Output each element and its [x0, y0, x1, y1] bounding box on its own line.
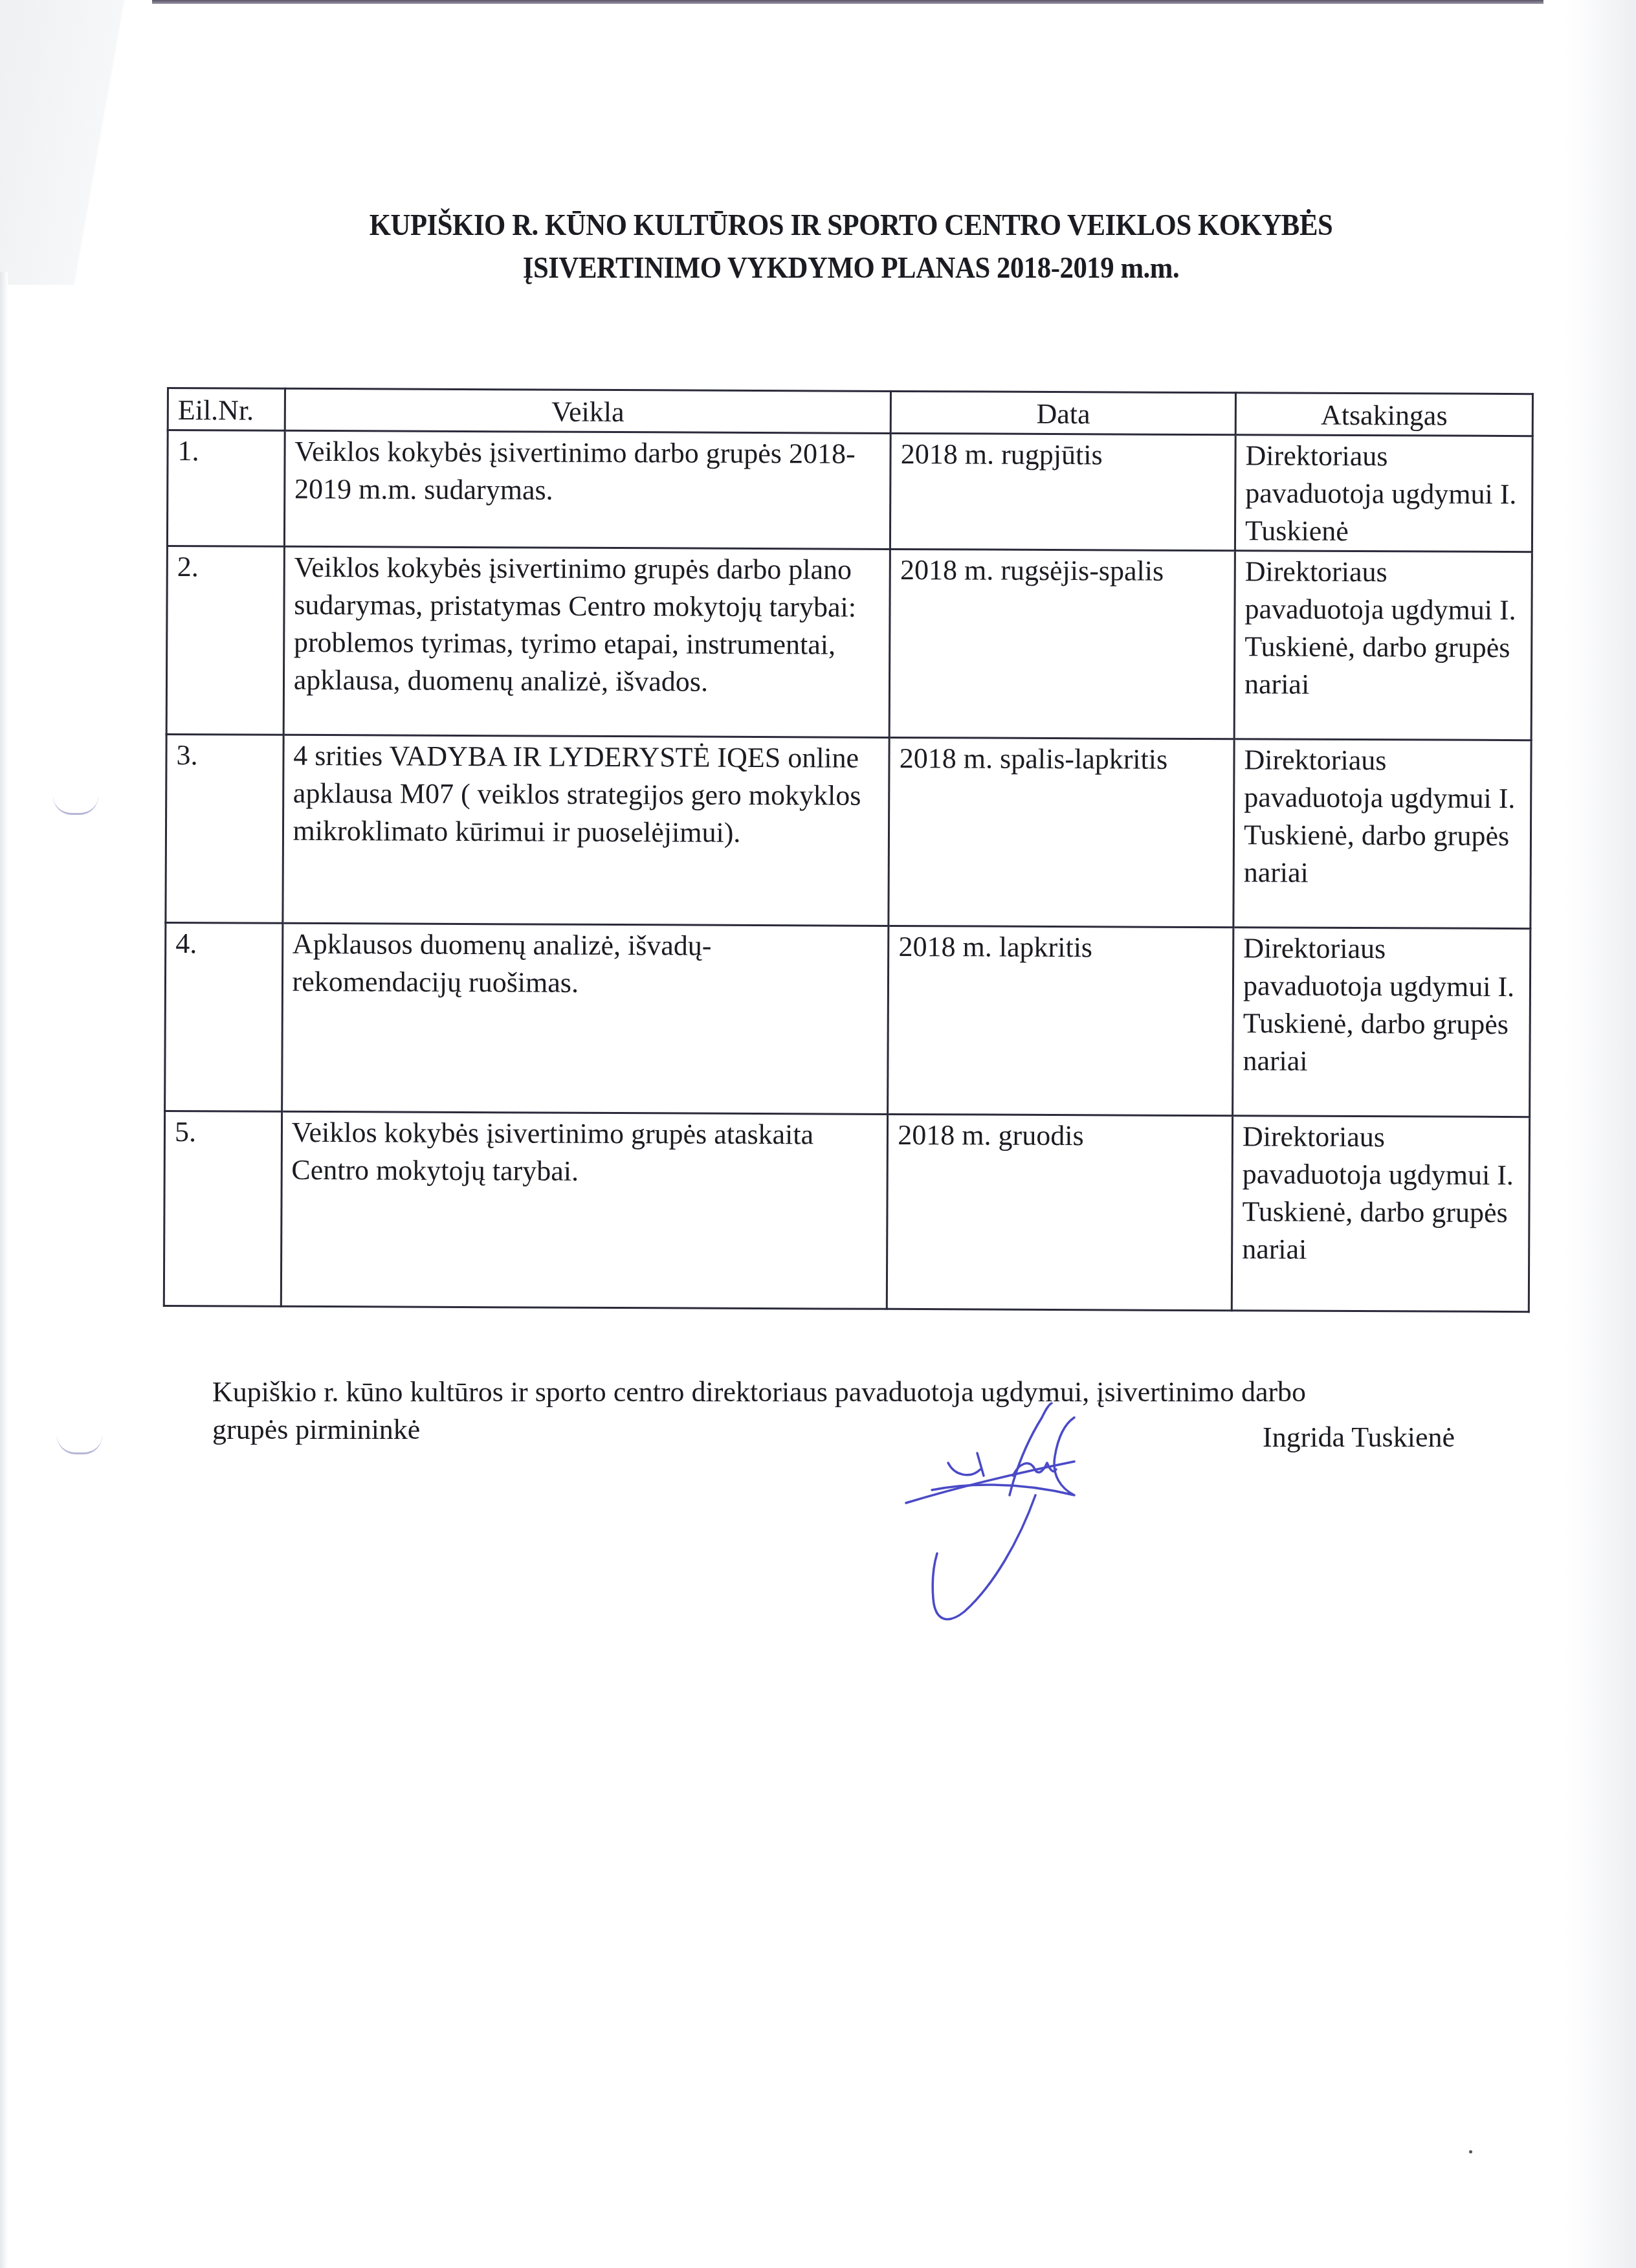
signer-role: grupės pirmininkė — [212, 1411, 420, 1449]
signature-block: Kupiškio r. kūno kultūros ir sporto cent… — [212, 1373, 1481, 1449]
table-row: 4. Apklausos duomenų analizė, išvadų-rek… — [165, 922, 1531, 1117]
title-line-1: KUPIŠKIO R. KŪNO KULTŪROS IR SPORTO CENT… — [271, 204, 1432, 247]
cell-atsakingas: Direktoriaus pavaduotoja ugdymui I. Tusk… — [1233, 739, 1531, 929]
header-veikla: Veikla — [285, 388, 891, 433]
cell-nr: 2. — [166, 546, 284, 735]
scan-right-shadow — [1565, 0, 1636, 2268]
cell-data: 2018 m. lapkritis — [888, 926, 1233, 1115]
header-nr: Eil.Nr. — [168, 388, 285, 431]
handwritten-signature-icon — [887, 1398, 1158, 1644]
scan-left-shadow — [0, 272, 8, 2268]
cell-nr: 5. — [164, 1111, 282, 1306]
table-row: 3. 4 srities VADYBA IR LYDERYSTĖ IQES on… — [166, 735, 1531, 929]
cell-data: 2018 m. rugpjūtis — [890, 433, 1235, 550]
cell-nr: 3. — [166, 735, 283, 924]
cell-veikla: Veiklos kokybės įsivertinimo grupės atas… — [281, 1111, 888, 1309]
cell-veikla: Veiklos kokybės įsivertinimo darbo grupė… — [284, 430, 890, 549]
cell-nr: 1. — [167, 430, 284, 547]
table-row: 1. Veiklos kokybės įsivertinimo darbo gr… — [167, 430, 1532, 552]
punch-hole-mark — [57, 1436, 102, 1454]
scan-speck — [1469, 2150, 1472, 2153]
cell-veikla: Apklausos duomenų analizė, išvadų-rekome… — [282, 923, 889, 1114]
plan-table: Eil.Nr. Veikla Data Atsakingas 1. Veiklo… — [163, 387, 1534, 1313]
cell-veikla: Veiklos kokybės įsivertinimo grupės darb… — [283, 546, 890, 737]
punch-hole-mark — [53, 796, 98, 815]
table-row: 5. Veiklos kokybės įsivertinimo grupės a… — [164, 1111, 1529, 1311]
signer-name: Ingrida Tuskienė — [1263, 1419, 1455, 1456]
cell-nr: 4. — [165, 922, 283, 1111]
scan-folded-corner — [0, 0, 155, 285]
signer-position: Kupiškio r. kūno kultūros ir sporto cent… — [212, 1373, 1481, 1411]
header-atsakingas: Atsakingas — [1235, 393, 1532, 436]
scan-top-edge — [152, 0, 1543, 4]
cell-data: 2018 m. gruodis — [887, 1114, 1233, 1310]
cell-atsakingas: Direktoriaus pavaduotoja ugdymui I. Tusk… — [1233, 928, 1531, 1117]
cell-atsakingas: Direktoriaus pavaduotoja ugdymui I. Tusk… — [1235, 435, 1532, 552]
page-title: KUPIŠKIO R. KŪNO KULTŪROS IR SPORTO CENT… — [271, 204, 1432, 289]
title-line-2: ĮSIVERTINIMO VYKDYMO PLANAS 2018-2019 m.… — [271, 247, 1432, 289]
cell-veikla: 4 srities VADYBA IR LYDERYSTĖ IQES onlin… — [283, 735, 890, 926]
table-row: 2. Veiklos kokybės įsivertinimo grupės d… — [166, 546, 1532, 740]
cell-data: 2018 m. spalis-lapkritis — [889, 737, 1234, 927]
header-data: Data — [891, 391, 1236, 434]
cell-atsakingas: Direktoriaus pavaduotoja ugdymui I. Tusk… — [1234, 551, 1532, 740]
cell-data: 2018 m. rugsėjis-spalis — [890, 549, 1235, 739]
cell-atsakingas: Direktoriaus pavaduotoja ugdymui I. Tusk… — [1232, 1116, 1529, 1312]
table-header-row: Eil.Nr. Veikla Data Atsakingas — [168, 388, 1532, 436]
